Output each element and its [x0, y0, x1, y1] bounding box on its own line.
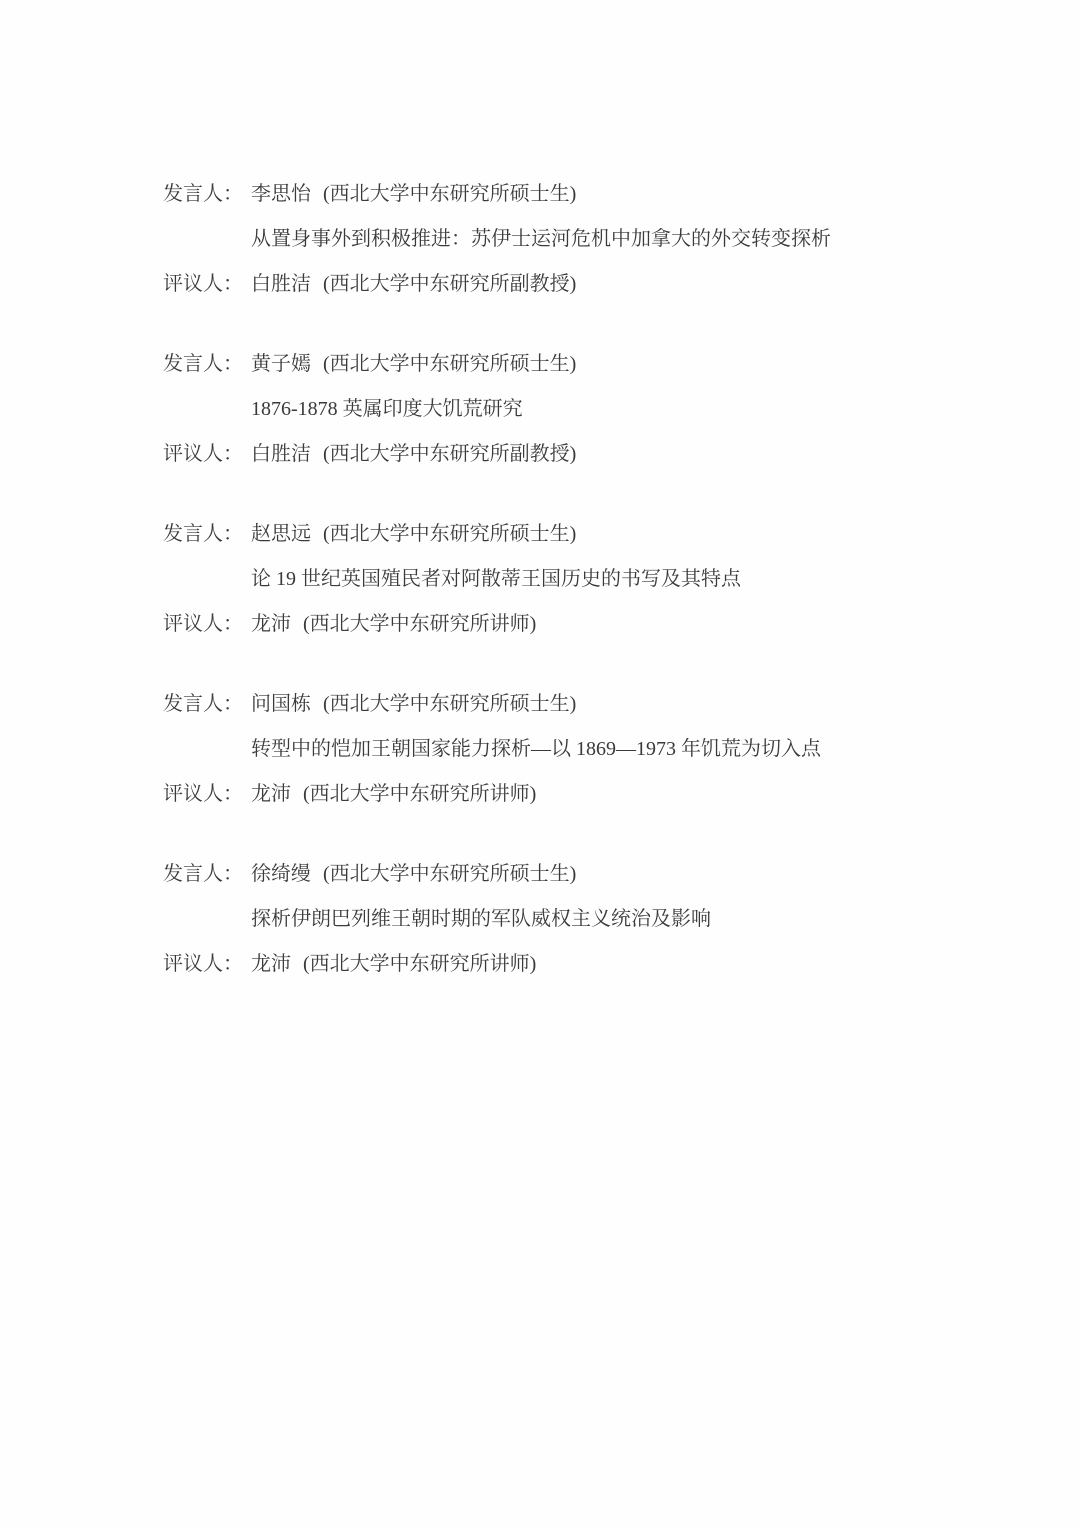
speaker-name: 黄子嫣 [251, 342, 311, 387]
discussant-label: 评议人： [163, 432, 251, 477]
discussant-affiliation: (西北大学中东研究所讲师) [303, 942, 536, 987]
paper-title-row: 探析伊朗巴列维王朝时期的军队威权主义统治及影响 [163, 897, 980, 942]
discussant-row: 评议人： 白胜洁 (西北大学中东研究所副教授) [163, 262, 980, 307]
discussant-name: 龙沛 [251, 602, 291, 647]
speaker-row: 发言人： 黄子嫣 (西北大学中东研究所硕士生) [163, 342, 980, 387]
discussant-label: 评议人： [163, 942, 251, 987]
speaker-label: 发言人： [163, 342, 251, 387]
session-entry-3: 发言人： 赵思远 (西北大学中东研究所硕士生) 论 19 世纪英国殖民者对阿散蒂… [163, 512, 980, 647]
discussant-name: 龙沛 [251, 942, 291, 987]
speaker-name: 徐绮缦 [251, 852, 311, 897]
paper-title: 从置身事外到积极推进：苏伊士运河危机中加拿大的外交转变探析 [251, 217, 831, 262]
discussant-affiliation: (西北大学中东研究所讲师) [303, 602, 536, 647]
paper-title-row: 1876-1878 英属印度大饥荒研究 [163, 387, 980, 432]
speaker-label: 发言人： [163, 172, 251, 217]
discussant-row: 评议人： 龙沛 (西北大学中东研究所讲师) [163, 942, 980, 987]
speaker-name: 李思怡 [251, 172, 311, 217]
discussant-name: 龙沛 [251, 772, 291, 817]
speaker-row: 发言人： 赵思远 (西北大学中东研究所硕士生) [163, 512, 980, 557]
speaker-affiliation: (西北大学中东研究所硕士生) [323, 172, 576, 217]
speaker-affiliation: (西北大学中东研究所硕士生) [323, 342, 576, 387]
speaker-affiliation: (西北大学中东研究所硕士生) [323, 512, 576, 557]
paper-title-row: 论 19 世纪英国殖民者对阿散蒂王国历史的书写及其特点 [163, 557, 980, 602]
session-entry-4: 发言人： 问国栋 (西北大学中东研究所硕士生) 转型中的恺加王朝国家能力探析—以… [163, 682, 980, 817]
discussant-label: 评议人： [163, 262, 251, 307]
paper-title: 转型中的恺加王朝国家能力探析—以 1869—1973 年饥荒为切入点 [251, 727, 821, 772]
paper-title-row: 从置身事外到积极推进：苏伊士运河危机中加拿大的外交转变探析 [163, 217, 980, 262]
speaker-row: 发言人： 问国栋 (西北大学中东研究所硕士生) [163, 682, 980, 727]
paper-title-row: 转型中的恺加王朝国家能力探析—以 1869—1973 年饥荒为切入点 [163, 727, 980, 772]
discussant-affiliation: (西北大学中东研究所讲师) [303, 772, 536, 817]
speaker-label: 发言人： [163, 512, 251, 557]
discussant-affiliation: (西北大学中东研究所副教授) [323, 432, 576, 477]
discussant-row: 评议人： 白胜洁 (西北大学中东研究所副教授) [163, 432, 980, 477]
speaker-affiliation: (西北大学中东研究所硕士生) [323, 852, 576, 897]
session-entry-1: 发言人： 李思怡 (西北大学中东研究所硕士生) 从置身事外到积极推进：苏伊士运河… [163, 172, 980, 307]
paper-title: 探析伊朗巴列维王朝时期的军队威权主义统治及影响 [251, 897, 711, 942]
document-page: 发言人： 李思怡 (西北大学中东研究所硕士生) 从置身事外到积极推进：苏伊士运河… [0, 0, 1080, 1527]
paper-title: 1876-1878 英属印度大饥荒研究 [251, 387, 523, 432]
discussant-name: 白胜洁 [251, 432, 311, 477]
speaker-name: 赵思远 [251, 512, 311, 557]
discussant-row: 评议人： 龙沛 (西北大学中东研究所讲师) [163, 772, 980, 817]
discussant-label: 评议人： [163, 602, 251, 647]
speaker-affiliation: (西北大学中东研究所硕士生) [323, 682, 576, 727]
session-entry-5: 发言人： 徐绮缦 (西北大学中东研究所硕士生) 探析伊朗巴列维王朝时期的军队威权… [163, 852, 980, 987]
speaker-name: 问国栋 [251, 682, 311, 727]
discussant-label: 评议人： [163, 772, 251, 817]
session-entry-2: 发言人： 黄子嫣 (西北大学中东研究所硕士生) 1876-1878 英属印度大饥… [163, 342, 980, 477]
discussant-affiliation: (西北大学中东研究所副教授) [323, 262, 576, 307]
speaker-label: 发言人： [163, 682, 251, 727]
paper-title: 论 19 世纪英国殖民者对阿散蒂王国历史的书写及其特点 [251, 557, 741, 602]
discussant-name: 白胜洁 [251, 262, 311, 307]
speaker-row: 发言人： 李思怡 (西北大学中东研究所硕士生) [163, 172, 980, 217]
discussant-row: 评议人： 龙沛 (西北大学中东研究所讲师) [163, 602, 980, 647]
speaker-row: 发言人： 徐绮缦 (西北大学中东研究所硕士生) [163, 852, 980, 897]
speaker-label: 发言人： [163, 852, 251, 897]
